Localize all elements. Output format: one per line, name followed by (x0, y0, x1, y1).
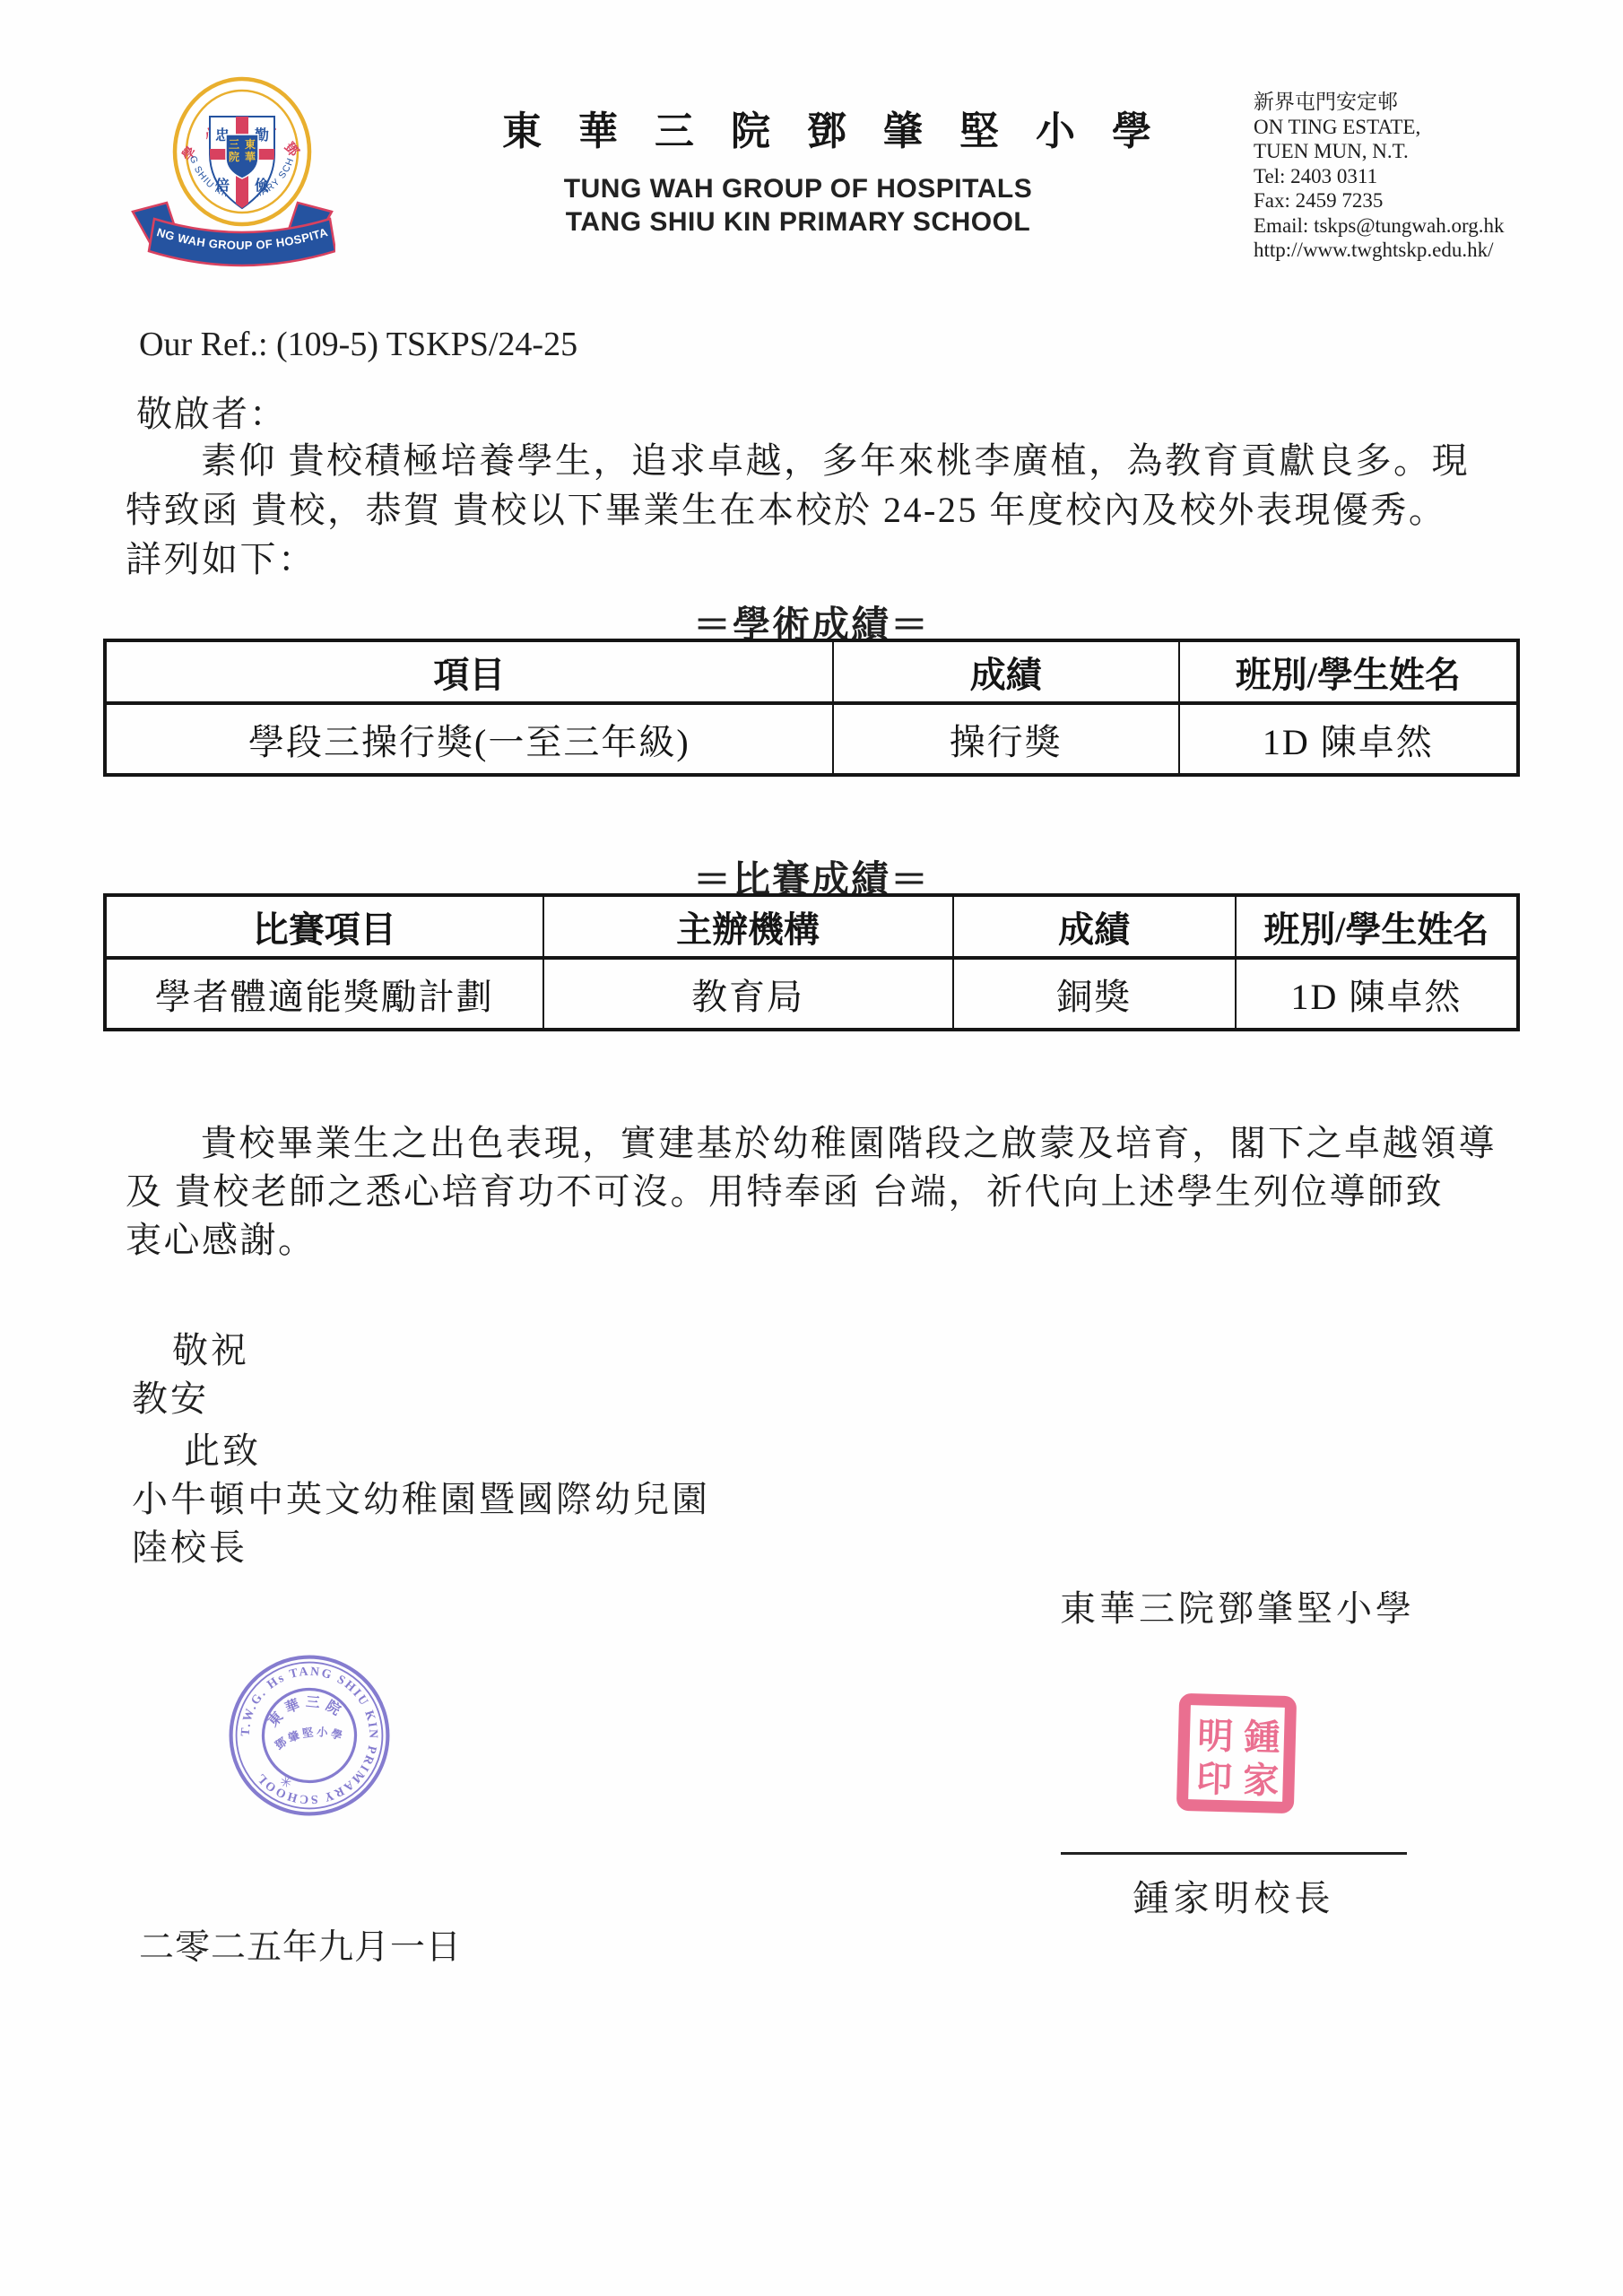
contact-website: http://www.twghtskp.edu.hk/ (1254, 238, 1505, 263)
recipient-school: 小牛頓中英文幼稚園暨國際幼兒園 (132, 1471, 710, 1522)
seal-char-right-bottom: 家 (1243, 1760, 1280, 1801)
sender-school-name: 東華三院鄧肇堅小學 (1040, 1580, 1435, 1631)
paragraph-2-line-3: 衷心感謝。 (126, 1216, 1511, 1265)
salutation: 敬啟者： (136, 386, 287, 437)
competition-cell-organizer: 教育局 (543, 958, 953, 1030)
competition-header-class-name: 班別/學生姓名 (1236, 895, 1518, 958)
seal-char-left-bottom: 印 (1196, 1759, 1233, 1800)
crest-svg: 學 小 堅 肇 鄧 TANG SHIU KIN PRIMARY SCHOOL 忠… (129, 75, 335, 285)
closing-cizhi: 此致 (184, 1422, 261, 1474)
contact-address-en1: ON TING ESTATE, (1254, 115, 1505, 140)
contact-email: Email: tskps@tungwah.org.hk (1254, 213, 1505, 239)
paragraph-1-line-3: 詳列如下： (126, 535, 1511, 584)
competition-data-row: 學者體適能獎勵計劃 教育局 銅獎 1D 陳卓然 (105, 958, 1518, 1030)
crest-shield-char-1: 東 (245, 137, 256, 151)
seal-char-left-top: 明 (1197, 1716, 1234, 1757)
closing-wish: 敬祝 (172, 1322, 249, 1373)
paragraph-2-line-1: 貴校畢業生之出色表現，實建基於幼稚園階段之啟蒙及培育，閣下之卓越領導 (126, 1119, 1511, 1168)
seal-characters: 鍾 家 明 印 (1196, 1716, 1280, 1801)
competition-header-organizer: 主辦機構 (543, 895, 953, 958)
principal-name: 鍾家明校長 (1061, 1870, 1407, 1921)
school-name-english-line1: TUNG WAH GROUP OF HOSPITALS (502, 172, 1094, 205)
competition-cell-event: 學者體適能獎勵計劃 (105, 958, 543, 1030)
competition-results-table: 比賽項目 主辦機構 成績 班別/學生姓名 學者體適能獎勵計劃 教育局 銅獎 1D… (103, 893, 1520, 1031)
academic-cell-class-name: 1D 陳卓然 (1179, 703, 1518, 775)
academic-header-item: 項目 (105, 640, 833, 703)
paragraph-2-line-2: 及 貴校老師之悉心培育功不可沒。用特奉函 台端，祈代向上述學生列位導師致 (126, 1168, 1511, 1216)
school-name-english-line2: TANG SHIU KIN PRIMARY SCHOOL (502, 205, 1094, 239)
crest-shield-char-4: 院 (229, 150, 240, 163)
stamp-star-icon: ✳ (279, 1775, 292, 1792)
competition-header-row: 比賽項目 主辦機構 成績 班別/學生姓名 (105, 895, 1518, 958)
school-round-stamp: T.W.G. Hs TANG SHIU KIN PRIMARY SCHOOL ✳… (216, 1640, 403, 1831)
competition-header-result: 成績 (953, 895, 1236, 958)
contact-address-zh: 新界屯門安定邨 (1254, 90, 1505, 115)
crest-shield-char-3: 三 (229, 138, 239, 151)
stamp-inner-text-1: 東華三院 (262, 1688, 350, 1731)
contact-fax: Fax: 2459 7235 (1254, 188, 1505, 213)
red-seal-svg: 鍾 家 明 印 (1175, 1692, 1298, 1814)
paragraph-1-line-1: 素仰 貴校積極培養學生，追求卓越，多年來桃李廣植，為教育貢獻良多。現 (126, 436, 1511, 485)
contact-address-en2: TUEN MUN, N.T. (1254, 139, 1505, 164)
academic-header-result: 成績 (833, 640, 1179, 703)
academic-header-row: 項目 成績 班別/學生姓名 (105, 640, 1518, 703)
competition-cell-class-name: 1D 陳卓然 (1236, 958, 1518, 1030)
signature-line (1061, 1852, 1407, 1855)
crest-motto-br: 儉 (255, 177, 269, 194)
academic-results-table: 項目 成績 班別/學生姓名 學段三操行獎(一至三年級) 操行獎 1D 陳卓然 (103, 639, 1520, 777)
crest-motto-bl: 倍 (215, 177, 230, 194)
closing-wish2: 教安 (132, 1370, 209, 1422)
paragraph-1-line-2: 特致函 貴校，恭賀 貴校以下畢業生在本校於 24-25 年度校內及校外表現優秀。 (126, 485, 1511, 535)
paragraph-1: 素仰 貴校積極培養學生，追求卓越，多年來桃李廣植，為教育貢獻良多。現 特致函 貴… (126, 436, 1511, 584)
round-stamp-svg: T.W.G. Hs TANG SHIU KIN PRIMARY SCHOOL ✳… (216, 1640, 403, 1831)
school-crest-logo: 學 小 堅 肇 鄧 TANG SHIU KIN PRIMARY SCHOOL 忠… (129, 75, 335, 285)
competition-header-event: 比賽項目 (105, 895, 543, 958)
paragraph-2: 貴校畢業生之出色表現，實建基於幼稚園階段之啟蒙及培育，閣下之卓越領導 及 貴校老… (126, 1119, 1511, 1265)
principal-red-seal: 鍾 家 明 印 (1175, 1692, 1298, 1814)
letter-date: 二零二五年九月一日 (139, 1919, 462, 1970)
recipient-person: 陸校長 (132, 1519, 247, 1570)
academic-cell-result: 操行獎 (833, 703, 1179, 775)
stamp-inner-text-2: 鄧肇堅小學 (272, 1720, 348, 1752)
contact-block: 新界屯門安定邨 ON TING ESTATE, TUEN MUN, N.T. T… (1254, 90, 1505, 263)
letter-page: 學 小 堅 肇 鄧 TANG SHIU KIN PRIMARY SCHOOL 忠… (0, 0, 1623, 2296)
crest-shield-char-2: 華 (245, 150, 256, 163)
reference-number: Our Ref.: (109-5) TSKPS/24-25 (139, 325, 577, 364)
seal-char-right-top: 鍾 (1243, 1717, 1280, 1758)
academic-cell-item: 學段三操行獎(一至三年級) (105, 703, 833, 775)
academic-data-row: 學段三操行獎(一至三年級) 操行獎 1D 陳卓然 (105, 703, 1518, 775)
competition-cell-result: 銅獎 (953, 958, 1236, 1030)
school-name-english: TUNG WAH GROUP OF HOSPITALS TANG SHIU KI… (502, 172, 1094, 239)
contact-tel: Tel: 2403 0311 (1254, 164, 1505, 189)
school-name-chinese: 東 華 三 院 鄧 肇 堅 小 學 (502, 99, 1094, 156)
academic-header-class-name: 班別/學生姓名 (1179, 640, 1518, 703)
